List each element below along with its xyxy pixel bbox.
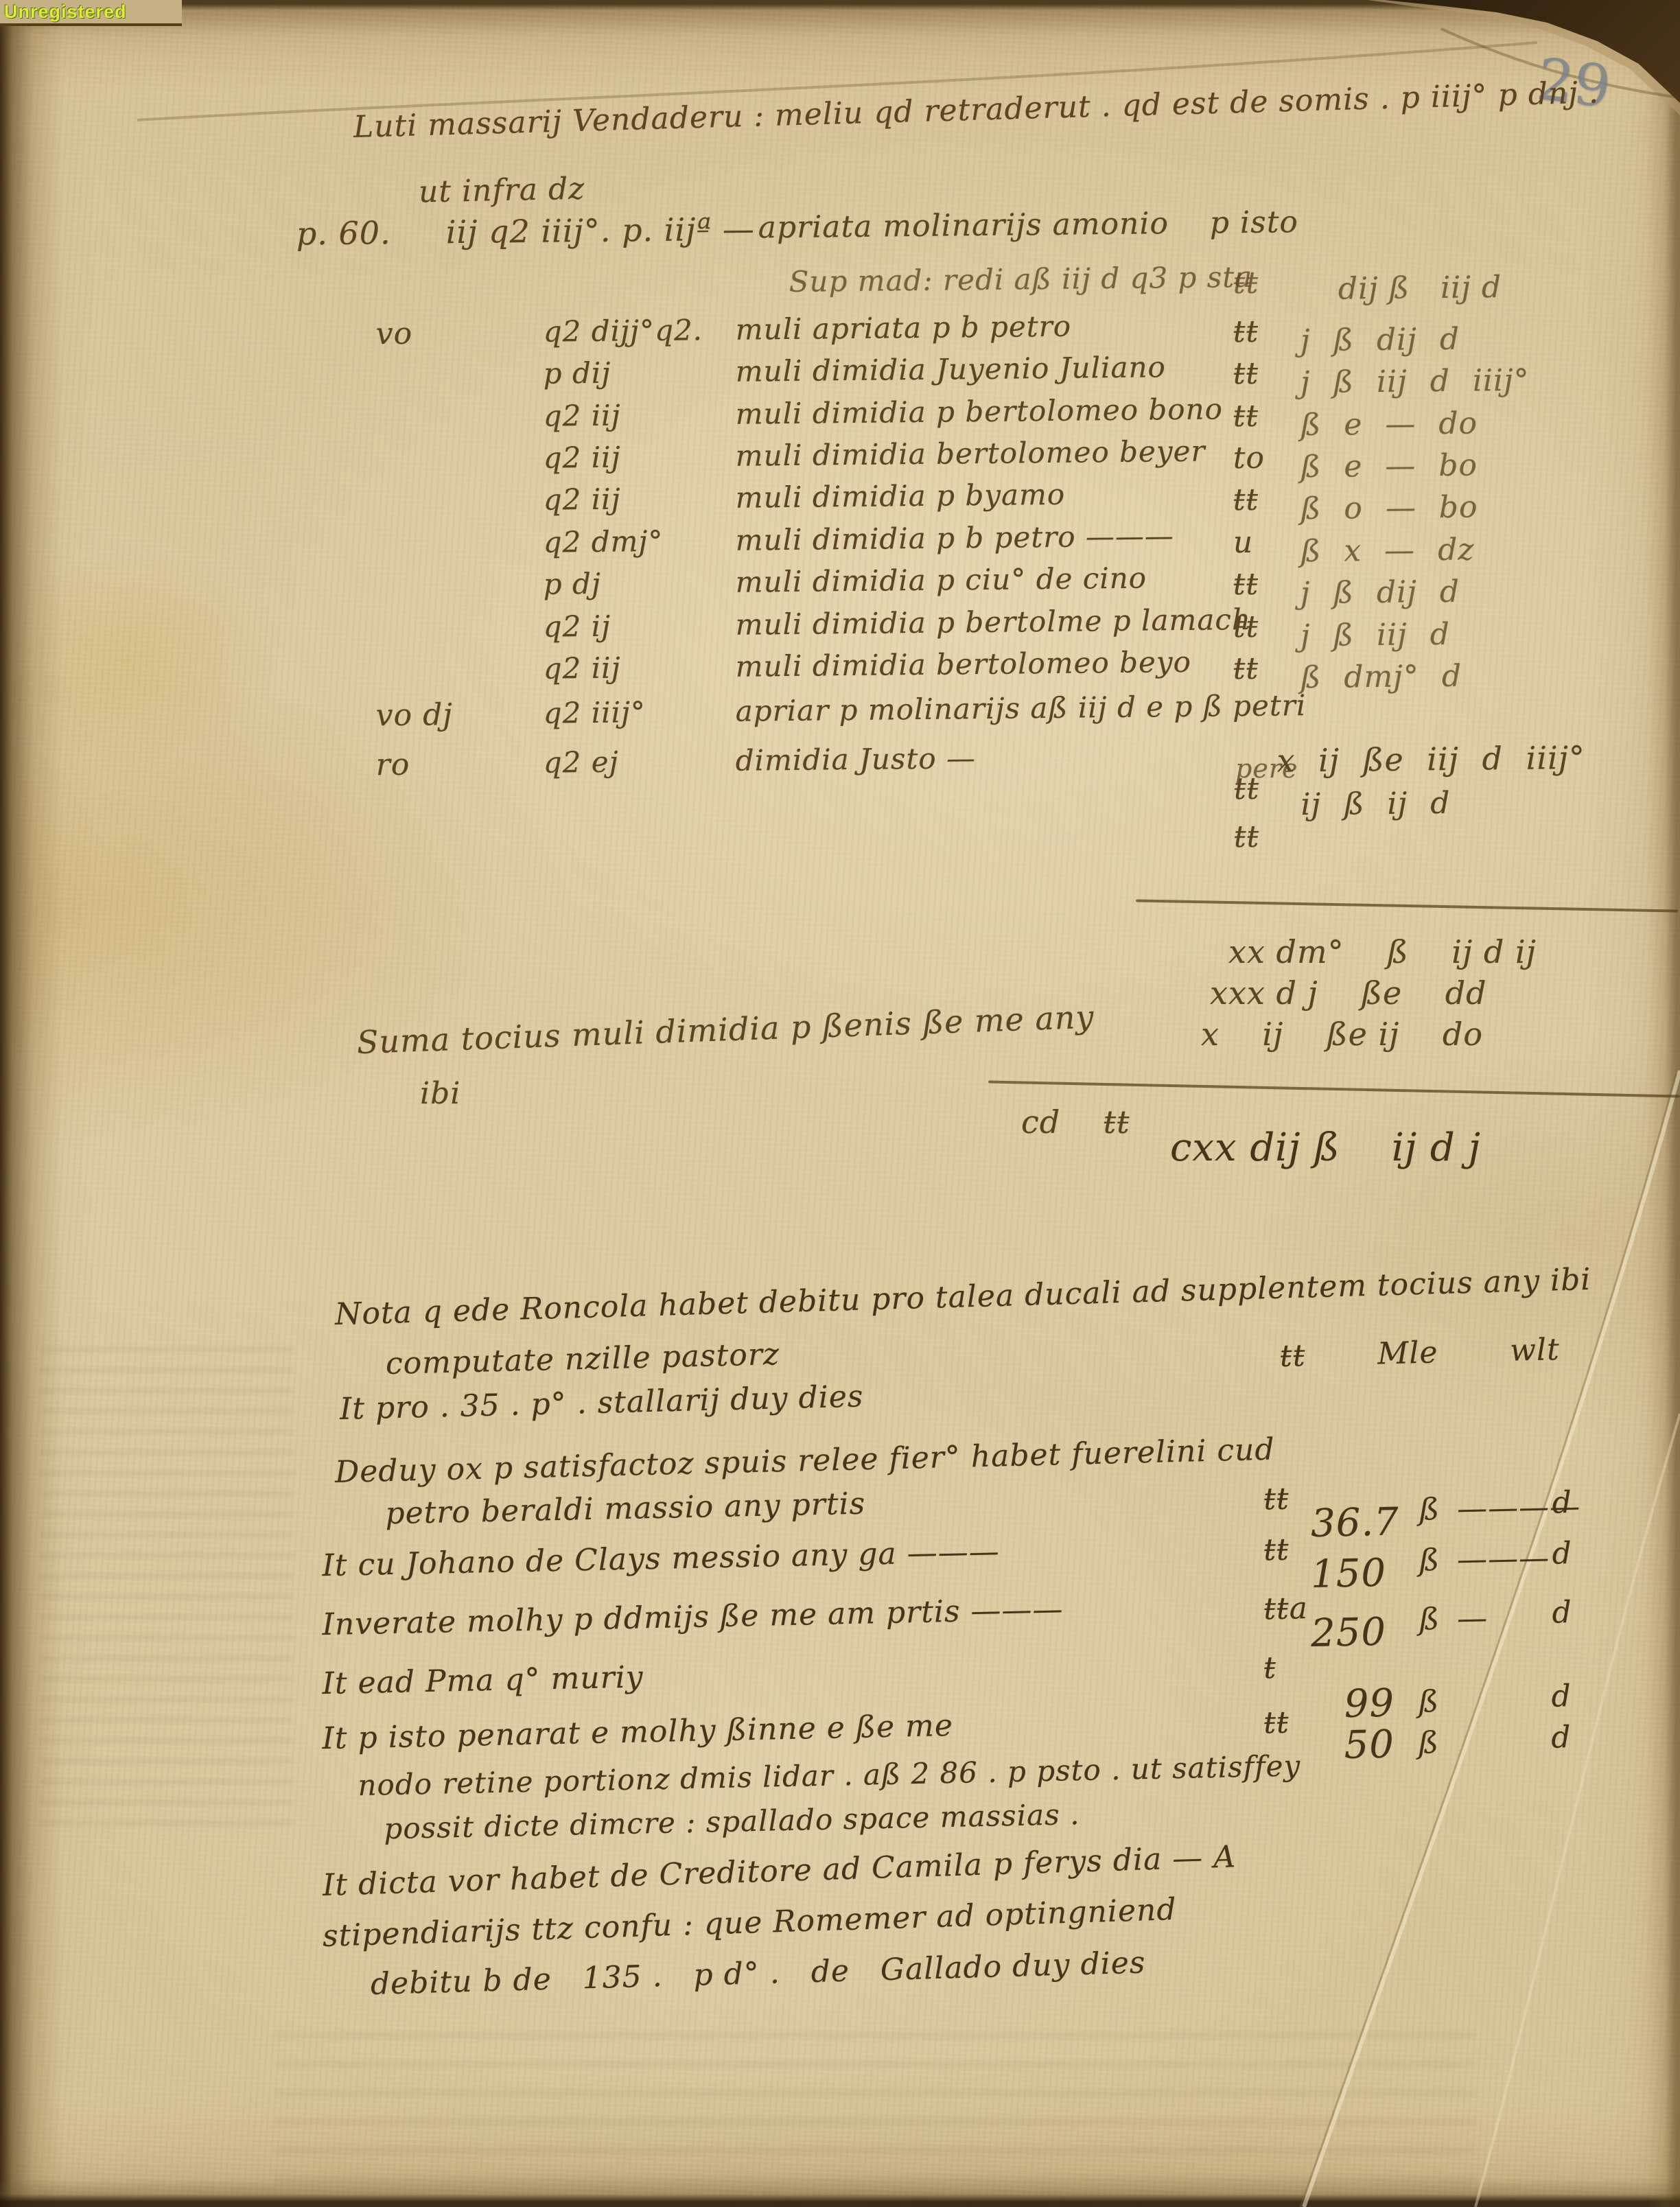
row-quantity: q2 ij (543, 609, 611, 644)
row-margin: vo (375, 316, 412, 352)
libra-mark: ŧŧ (1233, 567, 1259, 602)
libra-mark: ŧŧ (1233, 314, 1259, 349)
denari-mark: d (1552, 1485, 1572, 1521)
row-quantity: q2 iij (543, 651, 620, 686)
closing-line-3: debitu b de 135 . p d° . de Gallado duy … (370, 1945, 1146, 2002)
row-description: apriar p molinarijs aß iij d e p ß petri (735, 688, 1306, 728)
soldi-mark: ß (1418, 1725, 1439, 1761)
libra-mark: ŧŧ (1233, 482, 1259, 517)
row-quantity: q2 iij (543, 399, 620, 433)
libra-mark: u (1233, 525, 1254, 560)
scanner-watermark: Unregistered (4, 1, 127, 23)
row-amount: ij ß ij d (1300, 786, 1450, 822)
ink-bleedthrough-smudge (275, 2024, 1475, 2182)
libra-mark: ŧŧ (1233, 399, 1259, 434)
denari-mark: d (1552, 1536, 1572, 1572)
libra-mark: ŧŧ (1263, 1532, 1290, 1568)
libra-mark: ŧŧa (1263, 1591, 1309, 1626)
subtotal-3: x ij ße ij do (1201, 1016, 1483, 1053)
header-line-2: ut infra dz (418, 171, 585, 209)
soldi-mark: ß — (1419, 1601, 1488, 1637)
header-line-1: Luti massarij Vendaderu : meliu qd retra… (353, 75, 1599, 145)
libra-mark: ŧŧ (1263, 1705, 1290, 1741)
row-description: muli dimidia Juyenio Juliano (735, 350, 1166, 388)
row-description: muli apriata p b petro (735, 310, 1071, 347)
soldi-mark: ß ——— (1419, 1541, 1550, 1578)
row-quantity: p dij (543, 356, 611, 390)
total-rule (988, 1080, 1680, 1097)
nota-line-2-amount: ŧŧ Mle wlt (1279, 1332, 1560, 1374)
libra-mark: ŧŧ (1263, 1482, 1290, 1517)
row-quantity: q2 ej (543, 745, 618, 780)
denari-mark: d (1551, 1679, 1572, 1714)
row-description: muli dimidia p byamo (735, 478, 1065, 515)
row-quantity: q2 dijj°q2. (543, 313, 703, 348)
libra-mark: ŧŧ (1233, 266, 1259, 301)
row-description: muli dimidia p ciu° de cino (735, 561, 1147, 599)
account-number: 99 (1344, 1681, 1395, 1727)
row-description: muli dimidia p bertolomeo bono (735, 392, 1223, 430)
row-description: Sup mad: redi aß iij d q3 p sta (789, 260, 1252, 299)
denari-mark: d (1551, 1720, 1572, 1755)
row-quantity: p dj (543, 567, 601, 601)
nota-line-3: It pro . 35 . p° . stallarij duy dies (339, 1379, 864, 1427)
row-description: dimidia Justo — (735, 741, 976, 778)
closing-line-2: stipendiarijs ttz confu : que Romemer ad… (322, 1892, 1177, 1954)
subtotal-2: xxx d j ße dd (1210, 974, 1487, 1012)
libra-mark: ŧ (1263, 1650, 1277, 1685)
row-margin: p. 60. (296, 214, 391, 252)
row-description: apriata molinarijs amonio p isto (758, 205, 1298, 245)
summa-line: Suma tocius muli dimidia p ßenis ße me a… (356, 999, 1095, 1061)
row-description: muli dimidia bertolomeo beyo (735, 645, 1191, 684)
row-quantity: q2 iij (543, 482, 620, 517)
libra-mark: ŧŧ (1233, 356, 1259, 391)
soldi-mark: ß (1418, 1684, 1439, 1720)
row-quantity: q2 iij (543, 441, 620, 475)
nota-line-1: Nota q ede Roncola habet debitu pro tale… (334, 1262, 1591, 1332)
row-margin: vo dj (375, 697, 453, 733)
account-text: petro beraldi massio any prtis (385, 1486, 866, 1532)
libra-mark: ŧŧ (1234, 819, 1260, 854)
row-quantity: q2 iiij° (543, 695, 646, 730)
row-quantity: iij q2 iiij°. p. iijª — (445, 210, 755, 250)
row-description: muli dimidia bertolomeo beyer (735, 434, 1205, 473)
row-description: muli dimidia p b petro ——— (735, 519, 1174, 557)
summa-amount: cd ŧŧ (1021, 1103, 1130, 1141)
libra-mark: to (1233, 441, 1265, 476)
manuscript-page: Unregistered 29 Luti massarij Vendaderu … (0, 0, 1680, 2207)
libra-mark: ŧŧ (1233, 651, 1259, 686)
grand-total: cxx dij ß ij d j (1170, 1125, 1481, 1170)
page-edge-bottom (0, 2178, 1680, 2207)
account-text: It ead Pma q° muriy (322, 1659, 644, 1701)
libra-mark: ŧŧ (1233, 609, 1259, 644)
nota-line-2: computate nzille pastorz (385, 1337, 780, 1381)
total-rule (1136, 899, 1678, 912)
row-description: muli dimidia p bertolme p lamach (735, 603, 1251, 642)
row-margin: ro (375, 747, 410, 783)
summa-line-2: ibi (420, 1076, 460, 1111)
denari-mark: d (1552, 1595, 1572, 1631)
row-quantity: q2 dmj° (543, 524, 663, 559)
account-number: 50 (1344, 1722, 1395, 1768)
subtotal-1: xx dm° ß ij d ij (1228, 933, 1537, 970)
row-amount: dij ß iij d (1338, 270, 1502, 306)
